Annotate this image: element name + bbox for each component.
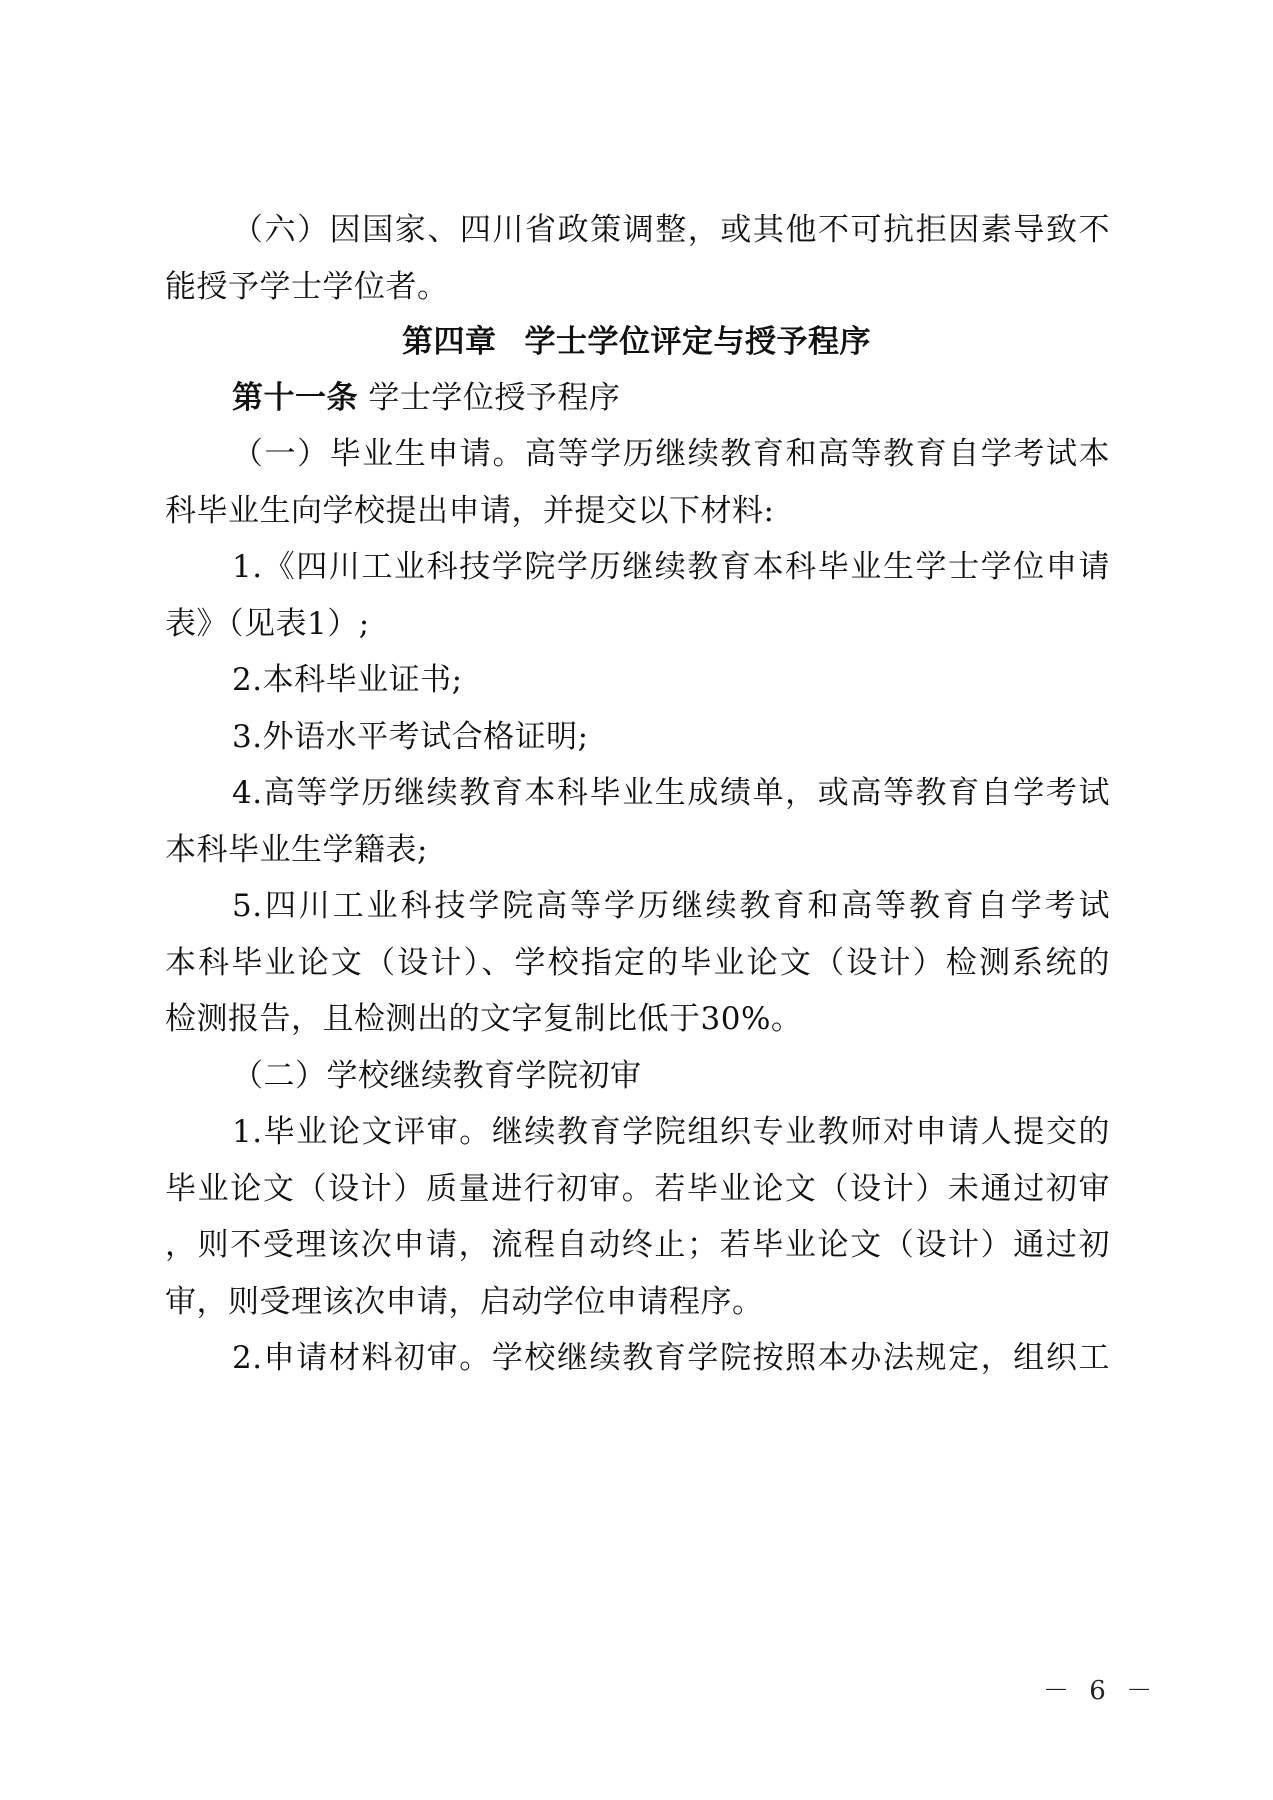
paragraph-line: 1.毕业论文评审。继续教育学院组织专业教师对申请人提交的 (232, 1108, 1110, 1156)
document-page: （六）因国家、四川省政策调整，或其他不可抗拒因素导致不 能授予学士学位者。 第四… (0, 0, 1273, 1800)
subsection-heading: （二）学校继续教育学院初审 (232, 1052, 1110, 1100)
list-item-line: 本科毕业论文（设计）、学校指定的毕业论文（设计）检测系统的 (165, 939, 1110, 987)
paragraph-line: （六）因国家、四川省政策调整，或其他不可抗拒因素导致不 (232, 206, 1110, 254)
page-number: － 6 － (1043, 1670, 1158, 1707)
chapter-number: 第四章 (402, 324, 497, 360)
list-item-line: 表》（见表1）; (165, 600, 1110, 648)
paragraph-line: 毕业论文（设计）质量进行初审。若毕业论文（设计）未通过初审 (165, 1165, 1110, 1213)
list-item-line: 5.四川工业科技学院高等学历继续教育和高等教育自学考试 (232, 882, 1110, 930)
paragraph-line: ，则不受理该次申请，流程自动终止；若毕业论文（设计）通过初 (165, 1221, 1110, 1269)
article-title: 学士学位授予程序 (368, 380, 620, 416)
list-item-line: 本科毕业生学籍表; (165, 826, 1110, 874)
paragraph-line: 科毕业生向学校提出申请，并提交以下材料: (165, 487, 1110, 535)
chapter-title: 学士学位评定与授予程序 (525, 324, 872, 360)
paragraph-line: （一）毕业生申请。高等学历继续教育和高等教育自学考试本 (232, 430, 1110, 478)
paragraph-line: 审，则受理该次申请，启动学位申请程序。 (165, 1278, 1110, 1326)
list-item-line: 3.外语水平考试合格证明; (232, 713, 1110, 761)
paragraph-line: 能授予学士学位者。 (165, 263, 1110, 311)
article-heading: 第十一条 学士学位授予程序 (232, 374, 1110, 422)
list-item-line: 2.本科毕业证书; (232, 656, 1110, 704)
list-item-line: 检测报告，且检测出的文字复制比低于30%。 (165, 995, 1110, 1043)
chapter-heading: 第四章学士学位评定与授予程序 (0, 318, 1273, 366)
list-item-line: 4.高等学历继续教育本科毕业生成绩单，或高等教育自学考试 (232, 769, 1110, 817)
paragraph-line: 2.申请材料初审。学校继续教育学院按照本办法规定，组织工 (232, 1334, 1110, 1382)
article-number: 第十一条 (232, 380, 358, 416)
list-item-line: 1.《四川工业科技学院学历继续教育本科毕业生学士学位申请 (232, 543, 1110, 591)
